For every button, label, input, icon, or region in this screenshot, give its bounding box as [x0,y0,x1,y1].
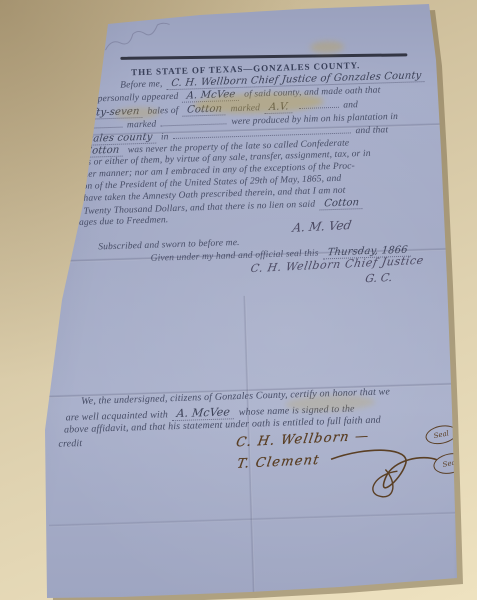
pencil-note [100,20,177,57]
blank-line [161,115,227,126]
printed-text: personally appeared [97,92,178,105]
justice-initials: G. C. [364,271,393,285]
printed-text: marked [127,120,157,131]
printed-text: said [59,147,76,158]
photo-surface: THE STATE OF TEXAS—GONZALES COUNTY. Befo… [0,0,477,600]
printed-text: credit [58,438,82,450]
ink-mark [435,5,445,8]
printed-text: Before me, [120,79,163,90]
certification-line: credit [58,438,82,450]
blank-line [64,119,122,130]
printed-text: the [64,109,76,119]
stain [310,41,344,54]
document-paper: THE STATE OF TEXAS—GONZALES COUNTY. Befo… [0,0,477,600]
fold-crease [49,511,461,527]
printed-text: for wages due to Freedmen. [58,215,168,228]
affidavit-line: for wages due to Freedmen. [58,215,168,228]
ink-rule [120,53,407,60]
printed-text: and [343,100,358,110]
signature-flourish [327,441,459,507]
document-content: THE STATE OF TEXAS—GONZALES COUNTY. Befo… [0,0,477,600]
affiant-signature: A. M. Ved [292,218,353,235]
handwritten-fill: Cotton [319,197,363,210]
